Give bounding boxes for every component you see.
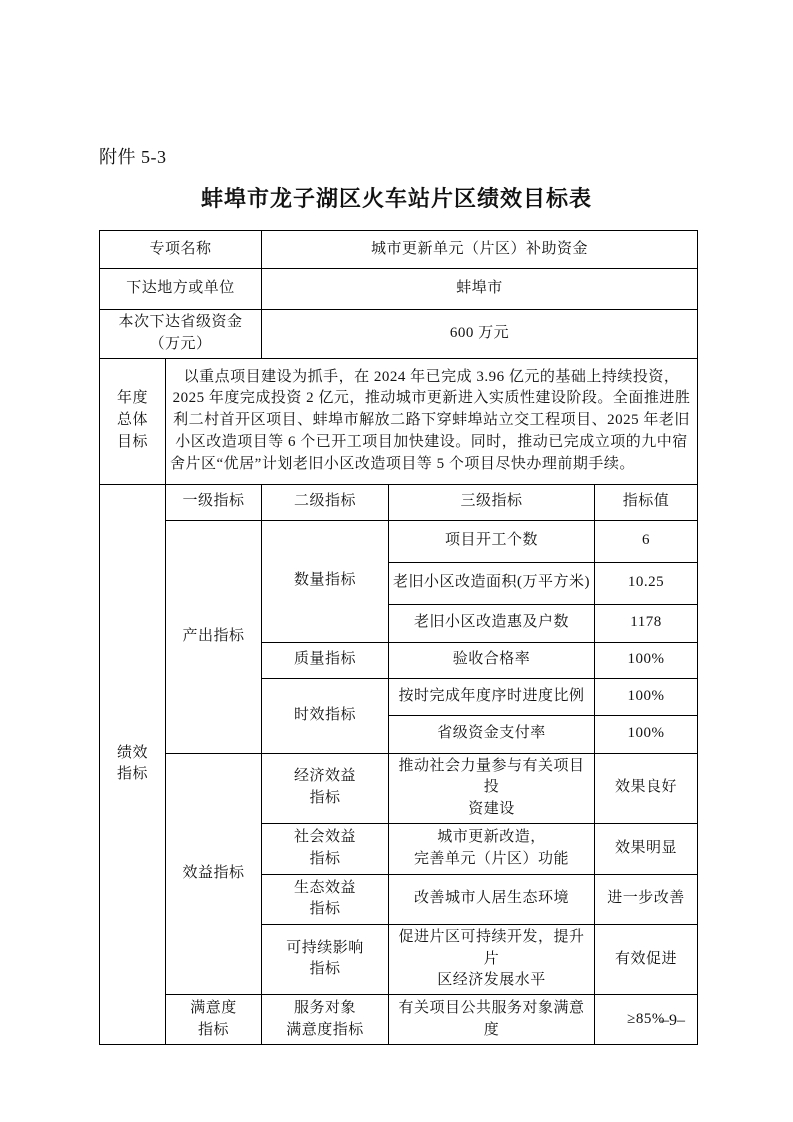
level2-quantity-label: 数量指标: [262, 520, 389, 642]
document-page: 附件 5-3 蚌埠市龙子湖区火车站片区绩效目标表 专项名称 城市更新单元（片区）…: [0, 0, 793, 1122]
performance-target-table: 专项名称 城市更新单元（片区）补助资金 下达地方或单位 蚌埠市 本次下达省级资金…: [99, 230, 698, 1045]
level2-ecological-label: 生态效益 指标: [262, 874, 389, 924]
level3-indicator: 老旧小区改造惠及户数: [389, 604, 595, 642]
level3-indicator: 省级资金支付率: [389, 715, 595, 753]
header-level3: 三级指标: [389, 484, 595, 520]
level3-indicator: 验收合格率: [389, 642, 595, 678]
level2-social-label: 社会效益 指标: [262, 823, 389, 874]
level3-indicator: 按时完成年度序时进度比例: [389, 678, 595, 715]
provincial-fund-value: 600 万元: [262, 310, 698, 359]
indicator-value: 10.25: [595, 562, 698, 604]
page-number: –9–: [0, 1012, 793, 1030]
special-fund-name-value: 城市更新单元（片区）补助资金: [262, 231, 698, 269]
performance-section-label: 绩效 指标: [100, 484, 166, 1045]
level2-economic-label: 经济效益 指标: [262, 753, 389, 823]
level1-benefit-label: 效益指标: [166, 753, 262, 995]
indicator-value: 100%: [595, 715, 698, 753]
indicator-row: 产出指标 数量指标 项目开工个数 6: [100, 520, 698, 562]
indicator-value: 100%: [595, 642, 698, 678]
level3-indicator: 促进片区可持续开发，提升片 区经济发展水平: [389, 924, 595, 994]
indicator-row: 效益指标 经济效益 指标 推动社会力量参与有关项目投 资建设 效果良好: [100, 753, 698, 823]
indicator-value: 效果明显: [595, 823, 698, 874]
recipient-value: 蚌埠市: [262, 269, 698, 310]
header-level2: 二级指标: [262, 484, 389, 520]
level3-indicator: 改善城市人居生态环境: [389, 874, 595, 924]
header-value: 指标值: [595, 484, 698, 520]
annual-goal-text: 以重点项目建设为抓手，在 2024 年已完成 3.96 亿元的基础上持续投资，2…: [166, 358, 698, 484]
recipient-label: 下达地方或单位: [100, 269, 262, 310]
indicator-value: 6: [595, 520, 698, 562]
info-row-provincial-fund: 本次下达省级资金 （万元） 600 万元: [100, 310, 698, 359]
level1-output-label: 产出指标: [166, 520, 262, 753]
level3-indicator: 项目开工个数: [389, 520, 595, 562]
indicator-value: 1178: [595, 604, 698, 642]
indicator-value: 进一步改善: [595, 874, 698, 924]
level3-indicator: 推动社会力量参与有关项目投 资建设: [389, 753, 595, 823]
indicator-value: 效果良好: [595, 753, 698, 823]
level2-quality-label: 质量指标: [262, 642, 389, 678]
provincial-fund-label: 本次下达省级资金 （万元）: [100, 310, 262, 359]
header-level1: 一级指标: [166, 484, 262, 520]
page-title: 蚌埠市龙子湖区火车站片区绩效目标表: [0, 182, 793, 213]
indicator-value: 100%: [595, 678, 698, 715]
level2-timeliness-label: 时效指标: [262, 678, 389, 753]
indicator-value: 有效促进: [595, 924, 698, 994]
attachment-label: 附件 5-3: [99, 143, 167, 169]
annual-goal-label: 年度 总体 目标: [100, 358, 166, 484]
level3-indicator: 城市更新改造， 完善单元（片区）功能: [389, 823, 595, 874]
special-fund-name-label: 专项名称: [100, 231, 262, 269]
info-row-special-fund: 专项名称 城市更新单元（片区）补助资金: [100, 231, 698, 269]
level2-sustainable-label: 可持续影响 指标: [262, 924, 389, 994]
indicator-header-row: 绩效 指标 一级指标 二级指标 三级指标 指标值: [100, 484, 698, 520]
level3-indicator: 老旧小区改造面积(万平方米): [389, 562, 595, 604]
annual-goal-row: 年度 总体 目标 以重点项目建设为抓手，在 2024 年已完成 3.96 亿元的…: [100, 358, 698, 484]
info-row-recipient: 下达地方或单位 蚌埠市: [100, 269, 698, 310]
